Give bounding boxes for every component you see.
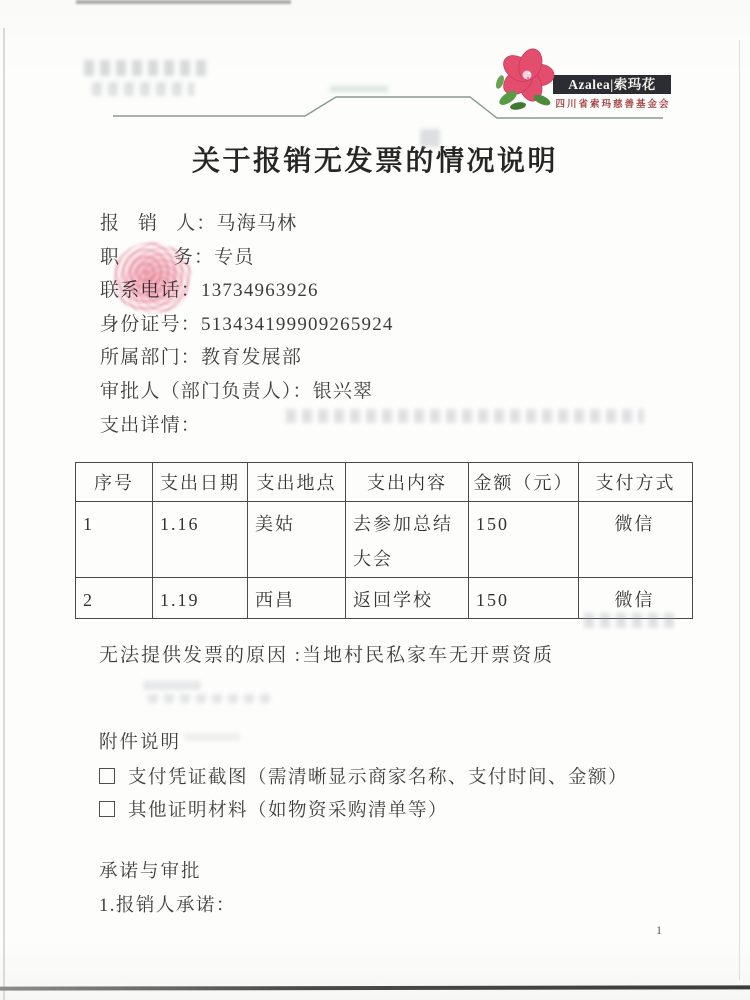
field-value: 13734963926 [201,280,319,301]
col-header-place: 支出地点 [248,463,346,502]
attachment-item-other-proof: 其他证明材料（如物资采购清单等） [99,792,628,825]
table-header-row: 序号 支出日期 支出地点 支出内容 金额（元） 支付方式 [76,463,693,502]
scan-edge-bottom [0,985,750,990]
col-header-amount: 金额（元） [469,463,579,502]
scan-edge-left [3,28,5,1000]
attachment-item-payment-proof: 支付凭证截图（需清晰显示商家名称、支付时间、金额） [99,759,628,792]
scan-smudge [330,86,388,92]
col-header-content: 支出内容 [346,463,469,502]
cell-amount: 150 [469,578,579,619]
field-label: 身份证号： [100,314,201,335]
field-department: 所属部门：教育发展部 [100,341,394,375]
field-value: 513434199909265924 [201,314,394,335]
field-approver: 审批人（部门负责人）：银兴翠 [100,375,394,409]
cell-place: 美姑 [248,502,346,578]
cell-amount: 150 [469,502,579,578]
cell-date: 1.16 [153,502,248,578]
col-header-date: 支出日期 [153,463,248,502]
field-reimburser: 报 销 人：马海马林 [100,207,394,241]
checkbox-icon [99,801,115,817]
approval-section: 承诺与审批 1.报销人承诺： [99,855,236,923]
cell-place: 西昌 [248,578,346,619]
scan-smudge [148,694,276,703]
cell-date: 1.19 [153,578,248,619]
scan-edge-artifact [76,0,291,4]
col-header-index: 序号 [76,463,153,502]
page-number: 1 [656,923,662,938]
cell-content: 返回学校 [346,578,469,619]
cell-index: 1 [76,502,153,578]
col-header-method: 支付方式 [579,463,693,502]
scan-smudge [584,613,680,628]
attachment-item-label: 其他证明材料（如物资采购清单等） [128,796,448,822]
org-name: 四川省索玛慈善基金会 [551,96,675,110]
scan-smudge [92,82,194,96]
attachments-heading: 附件说明 [99,727,628,759]
field-value: 银兴翠 [313,381,374,402]
scan-smudge [84,60,206,76]
approval-heading: 承诺与审批 [99,855,236,889]
cell-method: 微信 [579,502,693,578]
scan-smudge [420,129,440,147]
red-stamp [112,242,192,314]
expense-table: 序号 支出日期 支出地点 支出内容 金额（元） 支付方式 1 1.16 美姑 去… [75,462,693,619]
scanned-document-page: Azalea|索玛花 四川省索玛慈善基金会 关于报销无发票的情况说明 报 [0,0,750,1000]
field-value: 教育发展部 [201,347,302,368]
field-label: 报 销 人： [100,213,217,234]
no-invoice-reason: 无法提供发票的原因 :当地村民私家车无开票资质 [99,640,554,667]
table-row: 1 1.16 美姑 去参加总结大会 150 微信 [76,502,693,578]
logo-banner: Azalea|索玛花 [553,75,671,94]
attachment-item-label: 支付凭证截图（需清晰显示商家名称、支付时间、金额） [128,763,628,789]
field-label: 所属部门： [100,347,201,368]
field-label: 支出详情： [100,415,201,436]
attachments-section: 附件说明 支付凭证截图（需清晰显示商家名称、支付时间、金额） 其他证明材料（如物… [99,727,628,825]
azalea-flower-icon [492,44,564,116]
checkbox-icon [99,768,115,784]
field-value: 马海马林 [217,213,298,234]
scan-smudge [143,681,201,690]
field-value: 专员 [214,247,254,268]
logo-text: Azalea|索玛花 [568,77,655,92]
document-title: 关于报销无发票的情况说明 [0,139,750,179]
cell-index: 2 [76,578,153,619]
cell-content: 去参加总结大会 [346,502,469,578]
scan-smudge [286,409,644,423]
scan-edge-right [739,40,740,980]
scan-smudge [185,733,240,741]
approval-item-1: 1.报销人承诺： [99,889,236,923]
field-label: 审批人（部门负责人）： [100,381,313,402]
